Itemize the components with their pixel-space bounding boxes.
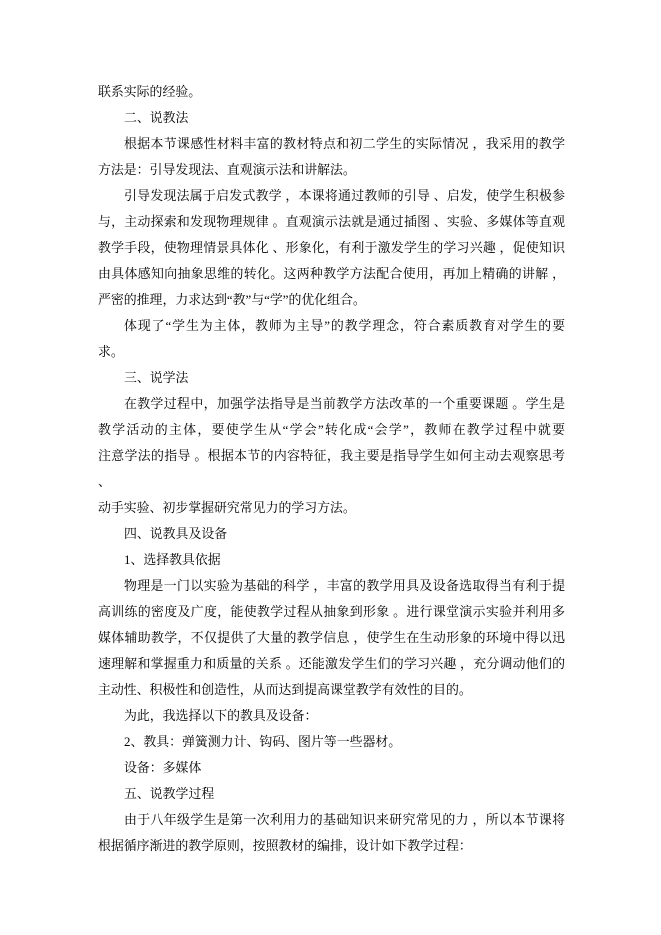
text-line: 物理是一门以实验为基础的科学 ，丰富的教学用具及设备选取得当有利于提: [98, 573, 565, 599]
text-line: 三、说学法: [98, 365, 565, 391]
text-line: 教学活动的主体，要使学生从“学会”转化成“会学”，教师在教学过程中就要: [98, 417, 565, 443]
text-line: 四、说教具及设备: [98, 521, 565, 547]
text-line: 为此，我选择以下的教具及设备：: [98, 703, 565, 729]
text-line: 二、说教法: [98, 105, 565, 131]
text-line: 五、说教学过程: [98, 781, 565, 807]
text-line: 2、教具：弹簧测力计、钩码、图片等一些器材。: [98, 729, 565, 755]
text-line: 高训练的密度及广度，能使教学过程从抽象到形象 。进行课堂演示实验并利用多: [98, 599, 565, 625]
text-line: 方法是：引导发现法、直观演示法和讲解法。: [98, 157, 565, 183]
text-line: 注意学法的指导 。根据本节的内容特征，我主要是指导学生如何主动去观察思考 、: [98, 443, 565, 495]
text-line: 主动性、积极性和创造性，从而达到提高课堂教学有效性的目的。: [98, 677, 565, 703]
text-line: 教学手段，使物理情景具体化 、形象化，有利于激发学生的学习兴趣 ，促使知识: [98, 235, 565, 261]
text-line: 根据循序渐进的教学原则，按照教材的编排，设计如下教学过程：: [98, 833, 565, 859]
text-line: 媒体辅助教学，不仅提供了大量的教学信息 ，使学生在生动形象的环境中得以迅: [98, 625, 565, 651]
text-line: 由于八年级学生是第一次利用力的基础知识来研究常见的力 ，所以本节课将: [98, 807, 565, 833]
text-line: 体现了“学生为主体，教师为主导”的教学理念，符合素质教育对学生的要: [98, 313, 565, 339]
document-page: 联系实际的经验。二、说教法根据本节课感性材料丰富的教材特点和初二学生的实际情况 …: [0, 0, 661, 935]
text-line: 严密的推理，力求达到“教”与“学”的优化组合。: [98, 287, 565, 313]
text-line: 引导发现法属于启发式教学 ，本课将通过教师的引导 、启发，使学生积极参: [98, 183, 565, 209]
text-line: 求。: [98, 339, 565, 365]
text-line: 设备：多媒体: [98, 755, 565, 781]
document-body: 联系实际的经验。二、说教法根据本节课感性材料丰富的教材特点和初二学生的实际情况 …: [98, 79, 565, 859]
text-line: 与，主动探索和发现物理规律 。直观演示法就是通过插图 、实验、多媒体等直观: [98, 209, 565, 235]
text-line: 动手实验、初步掌握研究常见力的学习方法。: [98, 495, 565, 521]
text-line: 速理解和掌握重力和质量的关系 。还能激发学生们的学习兴趣 ，充分调动他们的: [98, 651, 565, 677]
text-line: 1、选择教具依据: [98, 547, 565, 573]
text-line: 由具体感知向抽象思维的转化。这两种教学方法配合使用，再加上精确的讲解 ，: [98, 261, 565, 287]
text-line: 根据本节课感性材料丰富的教材特点和初二学生的实际情况 ，我采用的教学: [98, 131, 565, 157]
text-line: 在教学过程中，加强学法指导是当前教学方法改革的一个重要课题 。学生是: [98, 391, 565, 417]
text-line: 联系实际的经验。: [98, 79, 565, 105]
